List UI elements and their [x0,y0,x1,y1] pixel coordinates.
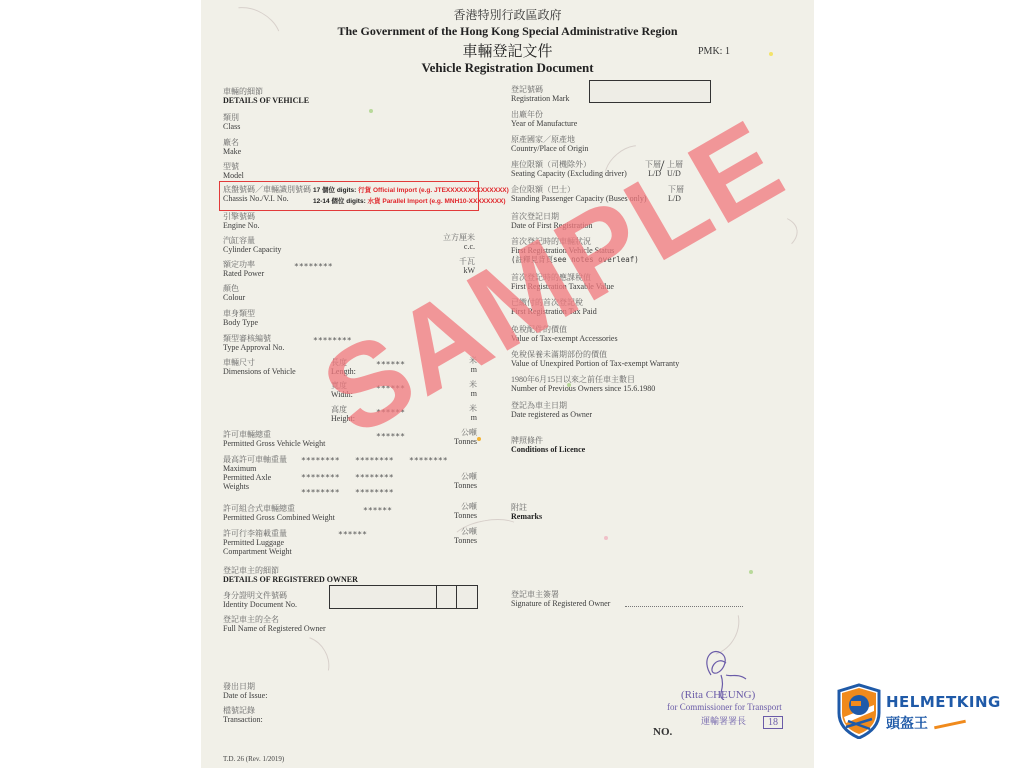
helmet-shield-icon [834,683,884,739]
pmk-label: PMK: 1 [698,47,730,56]
stamp-number-box: 18 [763,716,783,729]
paper-dot [369,109,373,113]
previous-owners-field: 1980年6月15日以來之前任車主數目Number of Previous Ow… [511,375,655,393]
paper-dot [604,536,608,540]
identity-document-check-digit-box [456,585,478,609]
remarks-field: 附註Remarks [511,503,542,521]
make-field: 廠名Make [223,138,241,156]
model-field: 型號Model [223,162,244,180]
logo-brand-zh: 頭盔王 [886,713,928,733]
axle-weight-unit: 公噸Tonnes [437,472,477,490]
form-number: T.D. 26 (Rev. 1/2019) [223,755,284,764]
cylinder-field: 汽缸容量Cylinder Capacity [223,236,281,254]
rated-power-field: 額定功率Rated Power [223,260,264,278]
axle-weight-value: ******** [301,473,340,482]
commissioner-title-stamp: for Commissioner for Transport [667,702,782,712]
date-of-issue-field: 發出日期Date of Issue: [223,682,267,700]
axle-weight-value: ******** [301,456,340,465]
axle-weight-value: ******** [409,456,448,465]
axle-weight-value: ******** [355,473,394,482]
vehicle-section-heading: 車輛的細節 DETAILS OF VEHICLE [223,87,309,105]
colour-field: 顏色Colour [223,284,245,302]
year-of-manufacture-field: 出廠年份Year of Manufacture [511,110,577,128]
luggage-weight-unit: 公噸Tonnes [437,527,477,545]
identity-document-field: 身分證明文件號碼Identity Document No. [223,591,297,609]
parallel-import-note: 12-14 個位 digits: 水貨 Parallel Import (e.g… [313,196,506,205]
type-approval-field: 類型審核編號Type Approval No. [223,334,284,352]
owner-full-name-field: 登記車主的全名Full Name of Registered Owner [223,615,326,633]
gross-weight-field: 許可車輛總重Permitted Gross Vehicle Weight [223,430,325,448]
registration-mark-field: 登記號碼Registration Mark [511,85,569,103]
chassis-field: 底盤號碼／車輛識別號碼Chassis No./V.I. No. [223,185,311,203]
combined-weight-field: 許可組合式車輛總重Permitted Gross Combined Weight [223,504,335,522]
registration-mark-box [589,80,711,103]
luggage-weight-field: 許可行李箱載重量 Permitted Luggage Compartment W… [223,529,292,556]
document-number-label: NO. [653,728,672,737]
owner-section-heading: 登記車主的細節 DETAILS OF REGISTERED OWNER [223,566,358,584]
logo-brand-en: HELMETKING [886,693,1001,711]
identity-document-box [329,585,437,609]
combined-weight-unit: 公噸Tonnes [437,502,477,520]
body-type-field: 車身類型Body Type [223,309,258,327]
helmetking-logo: HELMETKING 頭盔王 [834,683,1004,739]
transaction-field: 檔號記錄Transaction: [223,706,263,724]
combined-weight-value: ****** [363,506,392,515]
vehicle-registration-document: 香港特別行政區政府 The Government of the Hong Kon… [201,0,814,768]
class-field: 類別Class [223,113,240,131]
owner-signature-field: 登記車主簽署Signature of Registered Owner [511,590,610,608]
commissioner-name-stamp: (Rita CHEUNG) [681,689,755,701]
date-registered-owner-field: 登記為車主日期Date registered as Owner [511,401,592,419]
document-title-en: Vehicle Registration Document [201,61,814,75]
government-title-zh: 香港特別行政區政府 [201,11,814,20]
official-import-note: 17 個位 digits: 行貨 Official Import (e.g. J… [313,185,509,194]
paper-fiber [276,628,338,694]
luggage-weight-value: ****** [338,530,367,539]
signature-line [625,606,743,607]
dimensions-field: 車輛尺寸Dimensions of Vehicle [223,358,296,376]
axle-weights-field: 最高許可車軸重量 Maximum Permitted Axle Weights [223,455,287,491]
axle-weight-value: ******** [301,488,340,497]
engine-field: 引擎號碼Engine No. [223,212,259,230]
rated-power-value: ******** [294,262,333,271]
commissioner-zh-stamp: 運輸署署長 [701,714,746,727]
gross-weight-unit: 公噸Tonnes [437,428,477,446]
paper-dot [477,437,481,441]
conditions-of-licence-field: 牌照條件Conditions of Licence [511,436,585,454]
logo-accent-dash [934,720,966,730]
identity-document-box-2 [436,585,457,609]
country-of-origin-field: 原產國家／原產地Country/Place of Origin [511,135,588,153]
government-title-en: The Government of the Hong Kong Special … [201,25,814,38]
axle-weight-value: ******** [355,488,394,497]
paper-dot [749,570,753,574]
